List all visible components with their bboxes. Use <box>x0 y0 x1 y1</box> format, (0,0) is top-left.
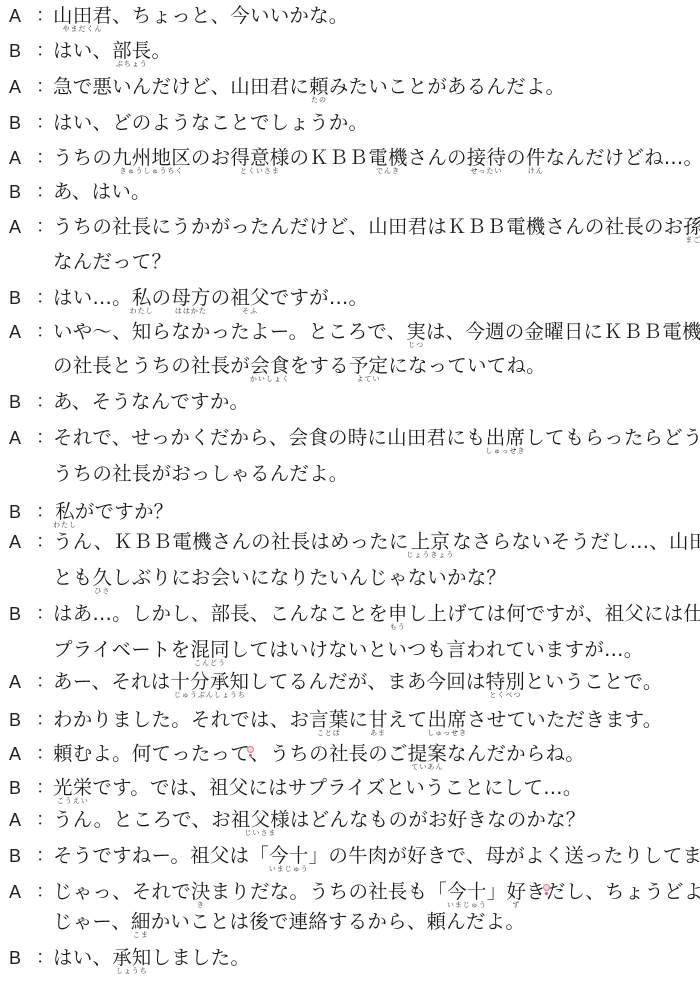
speaker-label: A <box>9 808 21 832</box>
text-segment: わかりました。それでは、お <box>53 708 309 731</box>
speaker-label: A <box>9 146 21 170</box>
speaker-colon: ： <box>36 286 54 310</box>
line-text: うん。ところで、お祖父様じいさまはどんなものがお好きなのかな？ <box>53 808 586 836</box>
furigana-reading: あま <box>368 729 388 737</box>
line-text: わかりました。それでは、お言葉ことばに甘あまえて出席しゅっせきさせていただきます… <box>53 708 663 736</box>
speaker-colon: ： <box>36 670 54 694</box>
furigana-word: 得意様とくいさま <box>230 146 289 169</box>
dialogue-line: B：わかりました。それでは、お言葉ことばに甘あまえて出席しゅっせきさせていただき… <box>0 708 700 744</box>
speaker-colon: ： <box>36 111 54 135</box>
speaker-label: B <box>9 180 21 204</box>
furigana-reading: たの <box>309 96 329 104</box>
text-segment: あー、それは <box>53 670 170 693</box>
text-segment: 、うちの社長のご <box>250 742 408 765</box>
text-segment: さんの <box>408 146 467 169</box>
speaker-colon: ： <box>36 742 54 766</box>
furigana-word: 申もう <box>388 602 408 625</box>
text-segment: の <box>152 286 172 309</box>
text-segment: の <box>211 286 231 309</box>
text-segment: うちの <box>53 146 112 169</box>
furigana-reading: じつ <box>406 341 426 349</box>
text-segment: しぶりにお会いになりたいんじゃないかな？ <box>112 566 506 589</box>
furigana-reading: わたし <box>130 307 154 315</box>
text-segment: 急で悪いんだけど、山田君に <box>53 75 309 98</box>
line-text: はい、どのようなことでしょうか。 <box>53 111 368 135</box>
line-text: はい、部長ぶちょう。 <box>53 39 171 67</box>
line-text: あ、はい。 <box>53 180 151 204</box>
dialogue-line: なんだって？ <box>0 250 700 286</box>
text-segment: になっていてね。 <box>388 354 546 377</box>
speaker-label: B <box>9 844 21 868</box>
text-segment: まりだな。うちの社長も「 <box>211 880 447 903</box>
text-segment: かいことは後で連絡するから、頼んだよ。 <box>151 910 525 933</box>
dialogue-line: A：うん。ところで、お祖父様じいさまはどんなものがお好きなのかな？ <box>0 808 700 844</box>
speaker-colon: ： <box>36 146 54 170</box>
furigana-word: 今十いまじゅう <box>447 880 487 903</box>
furigana-reading: しゅっせき <box>427 729 467 737</box>
furigana-reading: とくべつ <box>486 691 525 699</box>
line-text: そうですねー。祖父は「今十いまじゅう」の牛肉が好きで、母がよく送ったりしてますけ… <box>53 844 700 872</box>
speaker-label: B <box>9 776 21 800</box>
dialogue-line: A：うちの九州地区きゅうしゅうちくのお得意様とくいさまのＫＢＢ電機でんきさんの接… <box>0 146 700 182</box>
text-segment: なんだって？ <box>53 250 171 273</box>
dialogue-line: B：あ、はい。 <box>0 180 700 216</box>
text-segment: いや～、知らなかったよー。ところで、 <box>53 320 406 343</box>
furigana-word: 特別とくべつ <box>486 670 525 693</box>
furigana-word: 会食かいしょく <box>250 354 290 377</box>
furigana-reading: き <box>191 901 211 909</box>
text-segment: の社長とうちの社長が <box>53 354 250 377</box>
furigana-reading: しゅっせき <box>485 447 525 455</box>
text-segment: とも <box>53 566 92 589</box>
dialogue-line: A：うちの社長にうかがったんだけど、山田君はＫＢＢ電機さんの社長のお孫まごさん <box>0 215 700 251</box>
speaker-label: A <box>9 880 21 904</box>
dialogue-line: じゃー、細こまかいことは後で連絡するから、頼んだよ。 <box>0 910 700 946</box>
line-text: プライベートを混同こんどうしてはいけないといつも言われていますが…。 <box>53 638 643 666</box>
text-segment: き <box>526 880 546 903</box>
text-segment: はどんなものがお好きなのかな？ <box>290 808 586 831</box>
furigana-word: 私わたし <box>53 500 75 523</box>
furigana-word: 決き <box>191 880 211 903</box>
furigana-word: 九州地区きゅうしゅうちく <box>112 146 191 169</box>
speaker-label: A <box>9 426 21 450</box>
dialogue-line: A：急で悪いんだけど、山田君に頼たのみたいことがあるんだよ。 <box>0 75 700 111</box>
speaker-colon: ： <box>36 320 54 344</box>
dialogue-line: A：山田君やまだくん、ちょっと、今いいかな。 <box>0 4 700 40</box>
text-segment: はい、どのようなことでしょうか。 <box>53 111 368 134</box>
dialogue-line: B：はい、承知しょうちしました。 <box>0 946 700 982</box>
furigana-word: 出席しゅっせき <box>486 426 526 449</box>
text-segment: うちの社長にうかがったんだけど、山田君はＫＢＢ電機さんの社長のお <box>53 215 683 238</box>
line-text: 私わたしがですか？ <box>53 500 173 528</box>
text-segment: してはいけないといつも言われていますが…。 <box>230 638 644 661</box>
line-text: 急で悪いんだけど、山田君に頼たのみたいことがあるんだよ。 <box>53 75 565 103</box>
line-text: 山田君やまだくん、ちょっと、今いいかな。 <box>53 4 349 32</box>
speaker-label: B <box>9 946 21 970</box>
speaker-colon: ： <box>36 180 54 204</box>
furigana-reading: よてい <box>349 375 388 383</box>
text-segment: に <box>349 708 369 731</box>
furigana-reading: じいさま <box>231 829 290 837</box>
line-text: じゃっ、それで決きまりだな。うちの社長も「今十いまじゅう」好ずきだし、ちょうどよ… <box>53 880 700 908</box>
speaker-label: A <box>9 320 21 344</box>
dialogue-line: A：うん、ＫＢＢ電機さんの社長はめったに上京じょうきょうなさらないそうだし…、山… <box>0 530 700 566</box>
text-segment: がですか？ <box>75 500 174 523</box>
text-segment: はあ…。しかし、部長、こんなことを <box>53 602 388 625</box>
speaker-colon: ： <box>36 946 54 970</box>
furigana-word: 承知しょうち <box>112 946 151 969</box>
text-segment: 頼むよ。何てったって <box>53 742 250 765</box>
furigana-word: 頼たの <box>309 75 329 98</box>
furigana-word: 孫まご <box>683 215 700 238</box>
dialogue-line: A：いや～、知らなかったよー。ところで、実じつは、今週の金曜日にＫＢＢ電機さん <box>0 320 700 356</box>
speaker-colon: ： <box>36 808 54 832</box>
furigana-word: 部長ぶちょう <box>112 39 151 62</box>
text-segment: させていただきます。 <box>467 708 662 731</box>
text-segment: なんだからね。 <box>447 742 585 765</box>
furigana-reading: やまだくん <box>53 25 112 33</box>
text-segment: の <box>506 146 526 169</box>
dialogue-line: B：はあ…。しかし、部長、こんなことを申もうし上げては何ですが、祖父には仕事と <box>0 602 700 638</box>
dialogue-line: B：はい…。私わたしの母方ははかたの祖父そふですが…。 <box>0 286 700 322</box>
furigana-reading: ひさ <box>92 587 112 595</box>
speaker-label: A <box>9 530 21 554</box>
furigana-reading: いまじゅう <box>269 865 309 873</box>
text-segment: です。では、祖父にはサプライズということにして…。 <box>92 776 582 799</box>
speaker-colon: ： <box>36 75 54 99</box>
furigana-word: 上京じょうきょう <box>409 530 453 553</box>
text-segment: あ、そうなんですか。 <box>53 390 249 413</box>
furigana-reading: とくいさま <box>230 167 289 175</box>
dialogue-line: A：あー、それは十分承知じゅうぶんしょうちしてるんだが、まあ今回は特別とくべつと… <box>0 670 700 706</box>
speaker-label: A <box>9 75 21 99</box>
furigana-word: 十分承知じゅうぶんしょうち <box>170 670 249 693</box>
furigana-reading: じゅうぶんしょうち <box>170 691 249 699</box>
text-segment: プライベートを <box>53 638 190 661</box>
speaker-colon: ： <box>36 4 54 28</box>
text-segment: はい、 <box>53 39 112 62</box>
text-segment: うちの社長がおっしゃるんだよ。 <box>53 462 349 485</box>
speaker-label: B <box>9 286 21 310</box>
speaker-label: A <box>9 742 21 766</box>
text-segment: 」 <box>487 880 507 903</box>
furigana-reading: まご <box>683 236 700 244</box>
furigana-reading: こま <box>131 931 151 939</box>
text-segment: それで、せっかくだから、会食の時に山田君にも <box>53 426 486 449</box>
dialogue-line: A：それで、せっかくだから、会食の時に山田君にも出席しゅっせきしてもらったらどう… <box>0 426 700 462</box>
furigana-word: 件けん <box>526 146 546 169</box>
furigana-word: 好ず <box>506 880 526 903</box>
line-text: はい、承知しょうちしました。 <box>53 946 250 974</box>
line-text: いや～、知らなかったよー。ところで、実じつは、今週の金曜日にＫＢＢ電機さん <box>53 320 700 348</box>
furigana-word: 久ひさ <box>92 566 112 589</box>
speaker-label: B <box>9 500 21 524</box>
furigana-word: 接待せったい <box>467 146 506 169</box>
text-segment: をする <box>290 354 349 377</box>
text-segment: のお <box>191 146 230 169</box>
furigana-word: 混同こんどう <box>190 638 229 661</box>
line-text: あ、そうなんですか。 <box>53 390 249 414</box>
line-text: あー、それは十分承知じゅうぶんしょうちしてるんだが、まあ今回は特別とくべつという… <box>53 670 663 698</box>
line-text: なんだって？ <box>53 250 171 274</box>
furigana-word: 電機でんき <box>368 146 407 169</box>
text-segment: みたいことがあるんだよ。 <box>329 75 565 98</box>
text-segment: のＫＢＢ <box>289 146 368 169</box>
furigana-word: 細こま <box>131 910 151 933</box>
furigana-reading: しょうち <box>112 967 151 975</box>
furigana-word: 母方ははかた <box>171 286 210 309</box>
speaker-colon: ： <box>36 844 54 868</box>
speaker-label: B <box>9 602 21 626</box>
speaker-colon: ： <box>36 39 54 63</box>
speaker-colon: ： <box>36 708 54 732</box>
text-segment: してもらったらどうかと <box>525 426 700 449</box>
speaker-label: B <box>9 390 21 414</box>
speaker-label: A <box>9 670 21 694</box>
furigana-word: 私わたし <box>132 286 152 309</box>
text-segment: うん、ＫＢＢ電機さんの社長はめったに <box>53 530 409 553</box>
text-segment: し上げては何ですが、祖父には仕事と <box>408 602 700 625</box>
line-text: うん、ＫＢＢ電機さんの社長はめったに上京じょうきょうなさらないそうだし…、山田君 <box>53 530 700 558</box>
dialogue-line: B：はい、どのようなことでしょうか。 <box>0 111 700 147</box>
speaker-colon: ： <box>36 426 54 450</box>
furigana-reading: いまじゅう <box>447 901 487 909</box>
text-segment: 。 <box>152 39 172 62</box>
furigana-reading: そふ <box>230 307 269 315</box>
line-text: じゃー、細こまかいことは後で連絡するから、頼んだよ。 <box>53 910 525 938</box>
furigana-reading: じょうきょう <box>406 551 454 559</box>
text-segment: じゃっ、それで <box>53 880 191 903</box>
line-text: とも久ひさしぶりにお会いになりたいんじゃないかな？ <box>53 566 506 594</box>
furigana-word: 言葉ことば <box>309 708 348 731</box>
dialogue-line: B：そうですねー。祖父は「今十いまじゅう」の牛肉が好きで、母がよく送ったりしてま… <box>0 844 700 880</box>
furigana-reading: けん <box>526 167 546 175</box>
dialogue-line: の社長とうちの社長が会食かいしょくをする予定よていになっていてね。 <box>0 354 700 390</box>
text-segment: しました。 <box>152 946 251 969</box>
furigana-reading: ていあん <box>408 763 447 771</box>
line-text: はあ…。しかし、部長、こんなことを申もうし上げては何ですが、祖父には仕事と <box>53 602 700 630</box>
line-text: うちの九州地区きゅうしゅうちくのお得意様とくいさまのＫＢＢ電機でんきさんの接待せ… <box>53 146 700 174</box>
furigana-word: 光栄こうえい <box>53 776 92 799</box>
furigana-word: 実じつ <box>406 320 426 343</box>
dialogue-line: うちの社長がおっしゃるんだよ。 <box>0 462 700 498</box>
furigana-reading: こんどう <box>190 659 229 667</box>
speaker-colon: ： <box>36 500 54 524</box>
furigana-word: 祖父そふ <box>230 286 269 309</box>
speaker-colon: ： <box>36 776 54 800</box>
text-segment: えて <box>388 708 427 731</box>
furigana-reading: ことば <box>309 729 348 737</box>
furigana-word: 山田君やまだくん <box>53 4 112 27</box>
line-text: 頼むよ。何てったって、うちの社長のご提案ていあんなんだからね。 <box>53 742 585 770</box>
speaker-label: A <box>9 215 21 239</box>
text-segment: はい、 <box>53 946 112 969</box>
line-text: 光栄こうえいです。では、祖父にはサプライズということにして…。 <box>53 776 583 804</box>
furigana-reading: きゅうしゅうちく <box>112 167 191 175</box>
furigana-word: 出席しゅっせき <box>427 708 467 731</box>
text-segment: 、ちょっと、今いいかな。 <box>112 4 348 27</box>
speaker-label: B <box>9 708 21 732</box>
dialogue-line: B：はい、部長ぶちょう。 <box>0 39 700 75</box>
speaker-label: A <box>9 4 21 28</box>
furigana-reading: もう <box>388 623 408 631</box>
speaker-colon: ： <box>36 215 54 239</box>
text-segment: 」の牛肉が好きで、母がよく送ったりしてますけど…。 <box>309 844 700 867</box>
text-segment: ですが…。 <box>270 286 369 309</box>
line-text: うちの社長にうかがったんだけど、山田君はＫＢＢ電機さんの社長のお孫まごさん <box>53 215 700 243</box>
text-segment: ということで。 <box>525 670 663 693</box>
text-segment: あ、はい。 <box>53 180 151 203</box>
text-segment: なさらないそうだし…、山田君 <box>452 530 700 553</box>
speaker-colon: ： <box>36 880 54 904</box>
furigana-reading: わたし <box>53 521 77 529</box>
text-segment: なんだけどね…。 <box>546 146 700 169</box>
dialogue-line: B：光栄こうえいです。では、祖父にはサプライズということにして…。 <box>0 776 700 812</box>
speaker-colon: ： <box>36 602 54 626</box>
dialogue-line: とも久ひさしぶりにお会いになりたいんじゃないかな？ <box>0 566 700 602</box>
furigana-word: 甘あま <box>368 708 388 731</box>
furigana-reading: でんき <box>368 167 407 175</box>
speaker-colon: ： <box>36 530 54 554</box>
line-text: それで、せっかくだから、会食の時に山田君にも出席しゅっせきしてもらったらどうかと <box>53 426 700 454</box>
text-segment: じゃー、 <box>53 910 131 933</box>
dialogue-line: B：あ、そうなんですか。 <box>0 390 700 426</box>
furigana-reading: ははかた <box>171 307 210 315</box>
furigana-word: 予定よてい <box>349 354 388 377</box>
line-text: の社長とうちの社長が会食かいしょくをする予定よていになっていてね。 <box>53 354 546 382</box>
furigana-reading: こうえい <box>53 797 92 805</box>
speaker-label: B <box>9 39 21 63</box>
line-text: うちの社長がおっしゃるんだよ。 <box>53 462 349 486</box>
furigana-reading: かいしょく <box>250 375 290 383</box>
furigana-reading: ず <box>506 901 526 909</box>
text-segment: はい…。 <box>53 286 132 309</box>
text-segment: うん。ところで、お <box>53 808 231 831</box>
dialogue-line: A：頼むよ。何てったって、うちの社長のご提案ていあんなんだからね。 <box>0 742 700 778</box>
text-segment: そうですねー。祖父は「 <box>53 844 269 867</box>
line-text: はい…。私わたしの母方ははかたの祖父そふですが…。 <box>53 286 368 314</box>
furigana-reading: せったい <box>467 167 506 175</box>
text-segment: は、今週の金曜日にＫＢＢ電機さん <box>426 320 700 343</box>
furigana-word: 提案ていあん <box>408 742 447 765</box>
furigana-reading: ぶちょう <box>112 60 151 68</box>
speaker-colon: ： <box>36 390 54 414</box>
furigana-word: 今十いまじゅう <box>269 844 309 867</box>
text-segment: だし、ちょうどよかった。 <box>546 880 700 903</box>
text-segment: してるんだが、まあ今回は <box>249 670 485 693</box>
dialogue-line: プライベートを混同こんどうしてはいけないといつも言われていますが…。 <box>0 638 700 674</box>
speaker-label: B <box>9 111 21 135</box>
furigana-word: 祖父様じいさま <box>231 808 290 831</box>
